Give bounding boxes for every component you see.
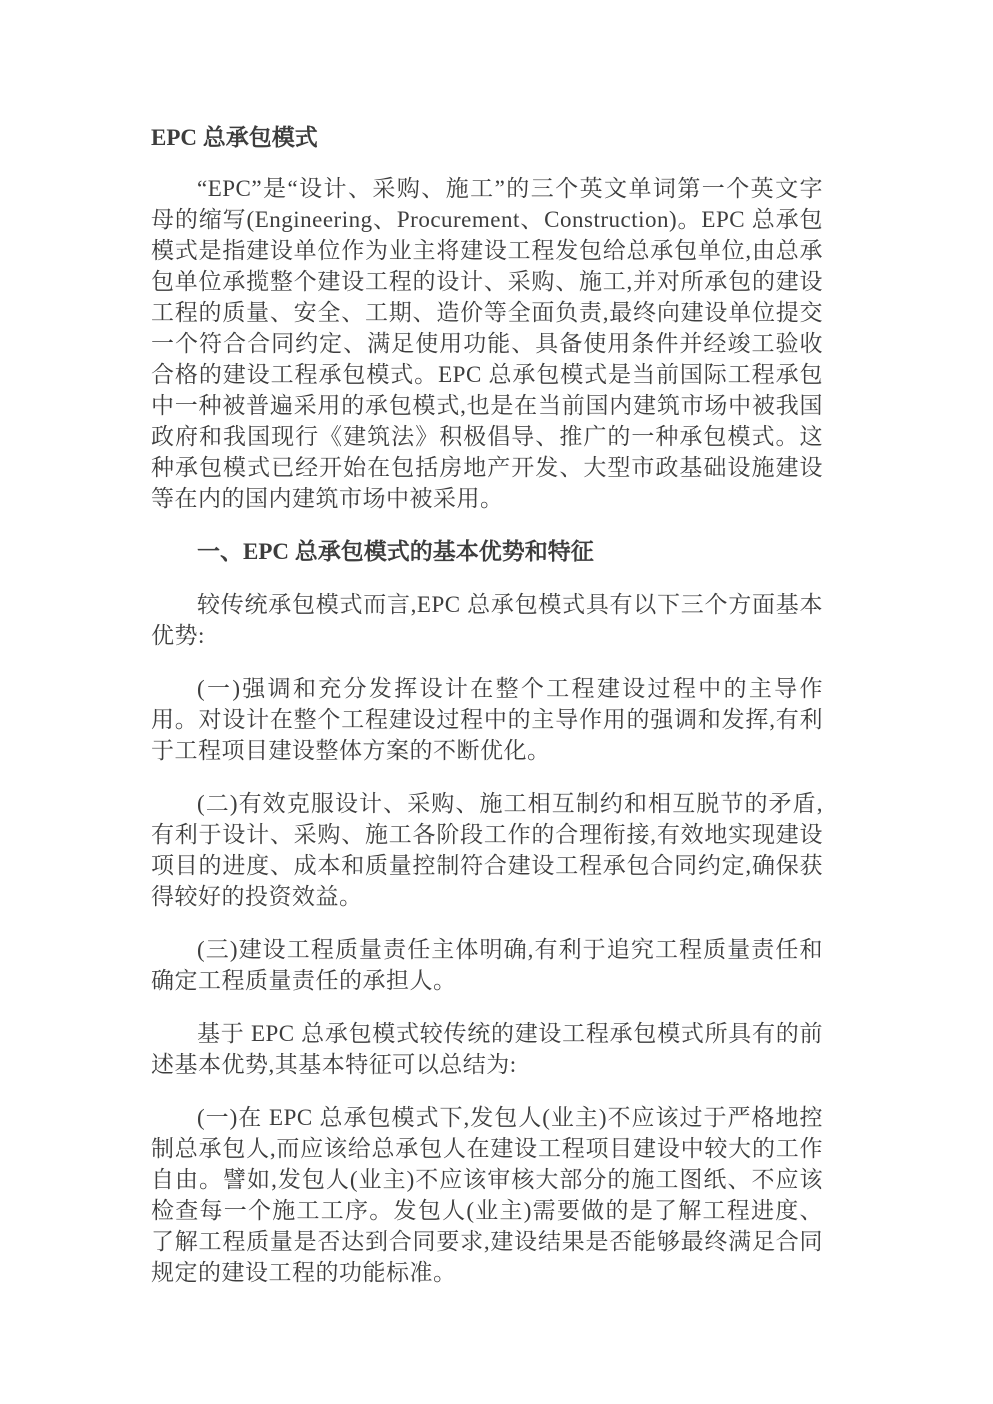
- section-heading-advantages-and-features: 一、EPC 总承包模式的基本优势和特征: [151, 536, 823, 567]
- document-page: EPC 总承包模式 “EPC”是“设计、采购、施工”的三个英文单词第一个英文字母…: [0, 0, 993, 1404]
- paragraph-advantage-3: (三)建设工程质量责任主体明确,有利于追究工程质量责任和确定工程质量责任的承担人…: [151, 934, 823, 996]
- paragraph-advantage-2: (二)有效克服设计、采购、施工相互制约和相互脱节的矛盾,有利于设计、采购、施工各…: [151, 788, 823, 912]
- paragraph-features-lead-in: 基于 EPC 总承包模式较传统的建设工程承包模式所具有的前述基本优势,其基本特征…: [151, 1018, 823, 1080]
- paragraph-advantages-lead-in: 较传统承包模式而言,EPC 总承包模式具有以下三个方面基本优势:: [151, 589, 823, 651]
- paragraph-feature-1: (一)在 EPC 总承包模式下,发包人(业主)不应该过于严格地控制总承包人,而应…: [151, 1102, 823, 1288]
- document-content: EPC 总承包模式 “EPC”是“设计、采购、施工”的三个英文单词第一个英文字母…: [151, 122, 823, 1310]
- paragraph-epc-intro: “EPC”是“设计、采购、施工”的三个英文单词第一个英文字母的缩写(Engine…: [151, 173, 823, 514]
- paragraph-advantage-1: (一)强调和充分发挥设计在整个工程建设过程中的主导作用。对设计在整个工程建设过程…: [151, 673, 823, 766]
- document-title: EPC 总承包模式: [151, 122, 823, 153]
